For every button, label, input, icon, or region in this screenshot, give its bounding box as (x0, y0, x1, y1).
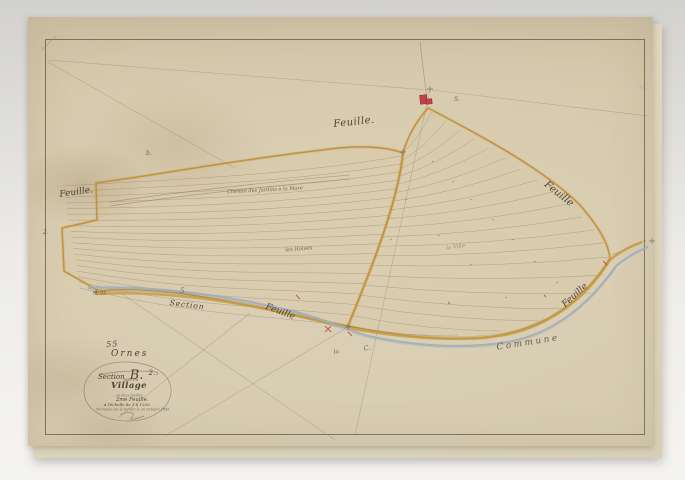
section-word: Section (98, 373, 125, 381)
survey-note-line: Terminée sur le terrain le 20 Octobre 18… (96, 408, 171, 411)
sheet-number-pencil: 55 (106, 340, 119, 349)
label-mark-c: C. (363, 344, 372, 352)
label-parcel-n95: N. 95 (93, 291, 106, 296)
scanned-map-photo: Feuille. Feuille. Feuille Feuille Feuill… (0, 0, 685, 480)
feuille-number-line: 2me Feuille. (116, 397, 148, 402)
label-mark-la: la (333, 349, 340, 356)
label-mark-2: 2. (43, 230, 49, 236)
label-mark-14: 14. (639, 85, 647, 90)
scale-line: à l'échelle de 1 à 1250. (104, 403, 151, 407)
section-number: 2. (149, 369, 156, 377)
label-mark-5: 5 (180, 288, 184, 295)
building-marks (420, 95, 433, 105)
commune-name-pencil: Ornes (111, 350, 148, 359)
label-mark-b: b. (146, 151, 152, 157)
section-name: Village (111, 382, 147, 391)
label-mark-s: S. (454, 97, 460, 103)
